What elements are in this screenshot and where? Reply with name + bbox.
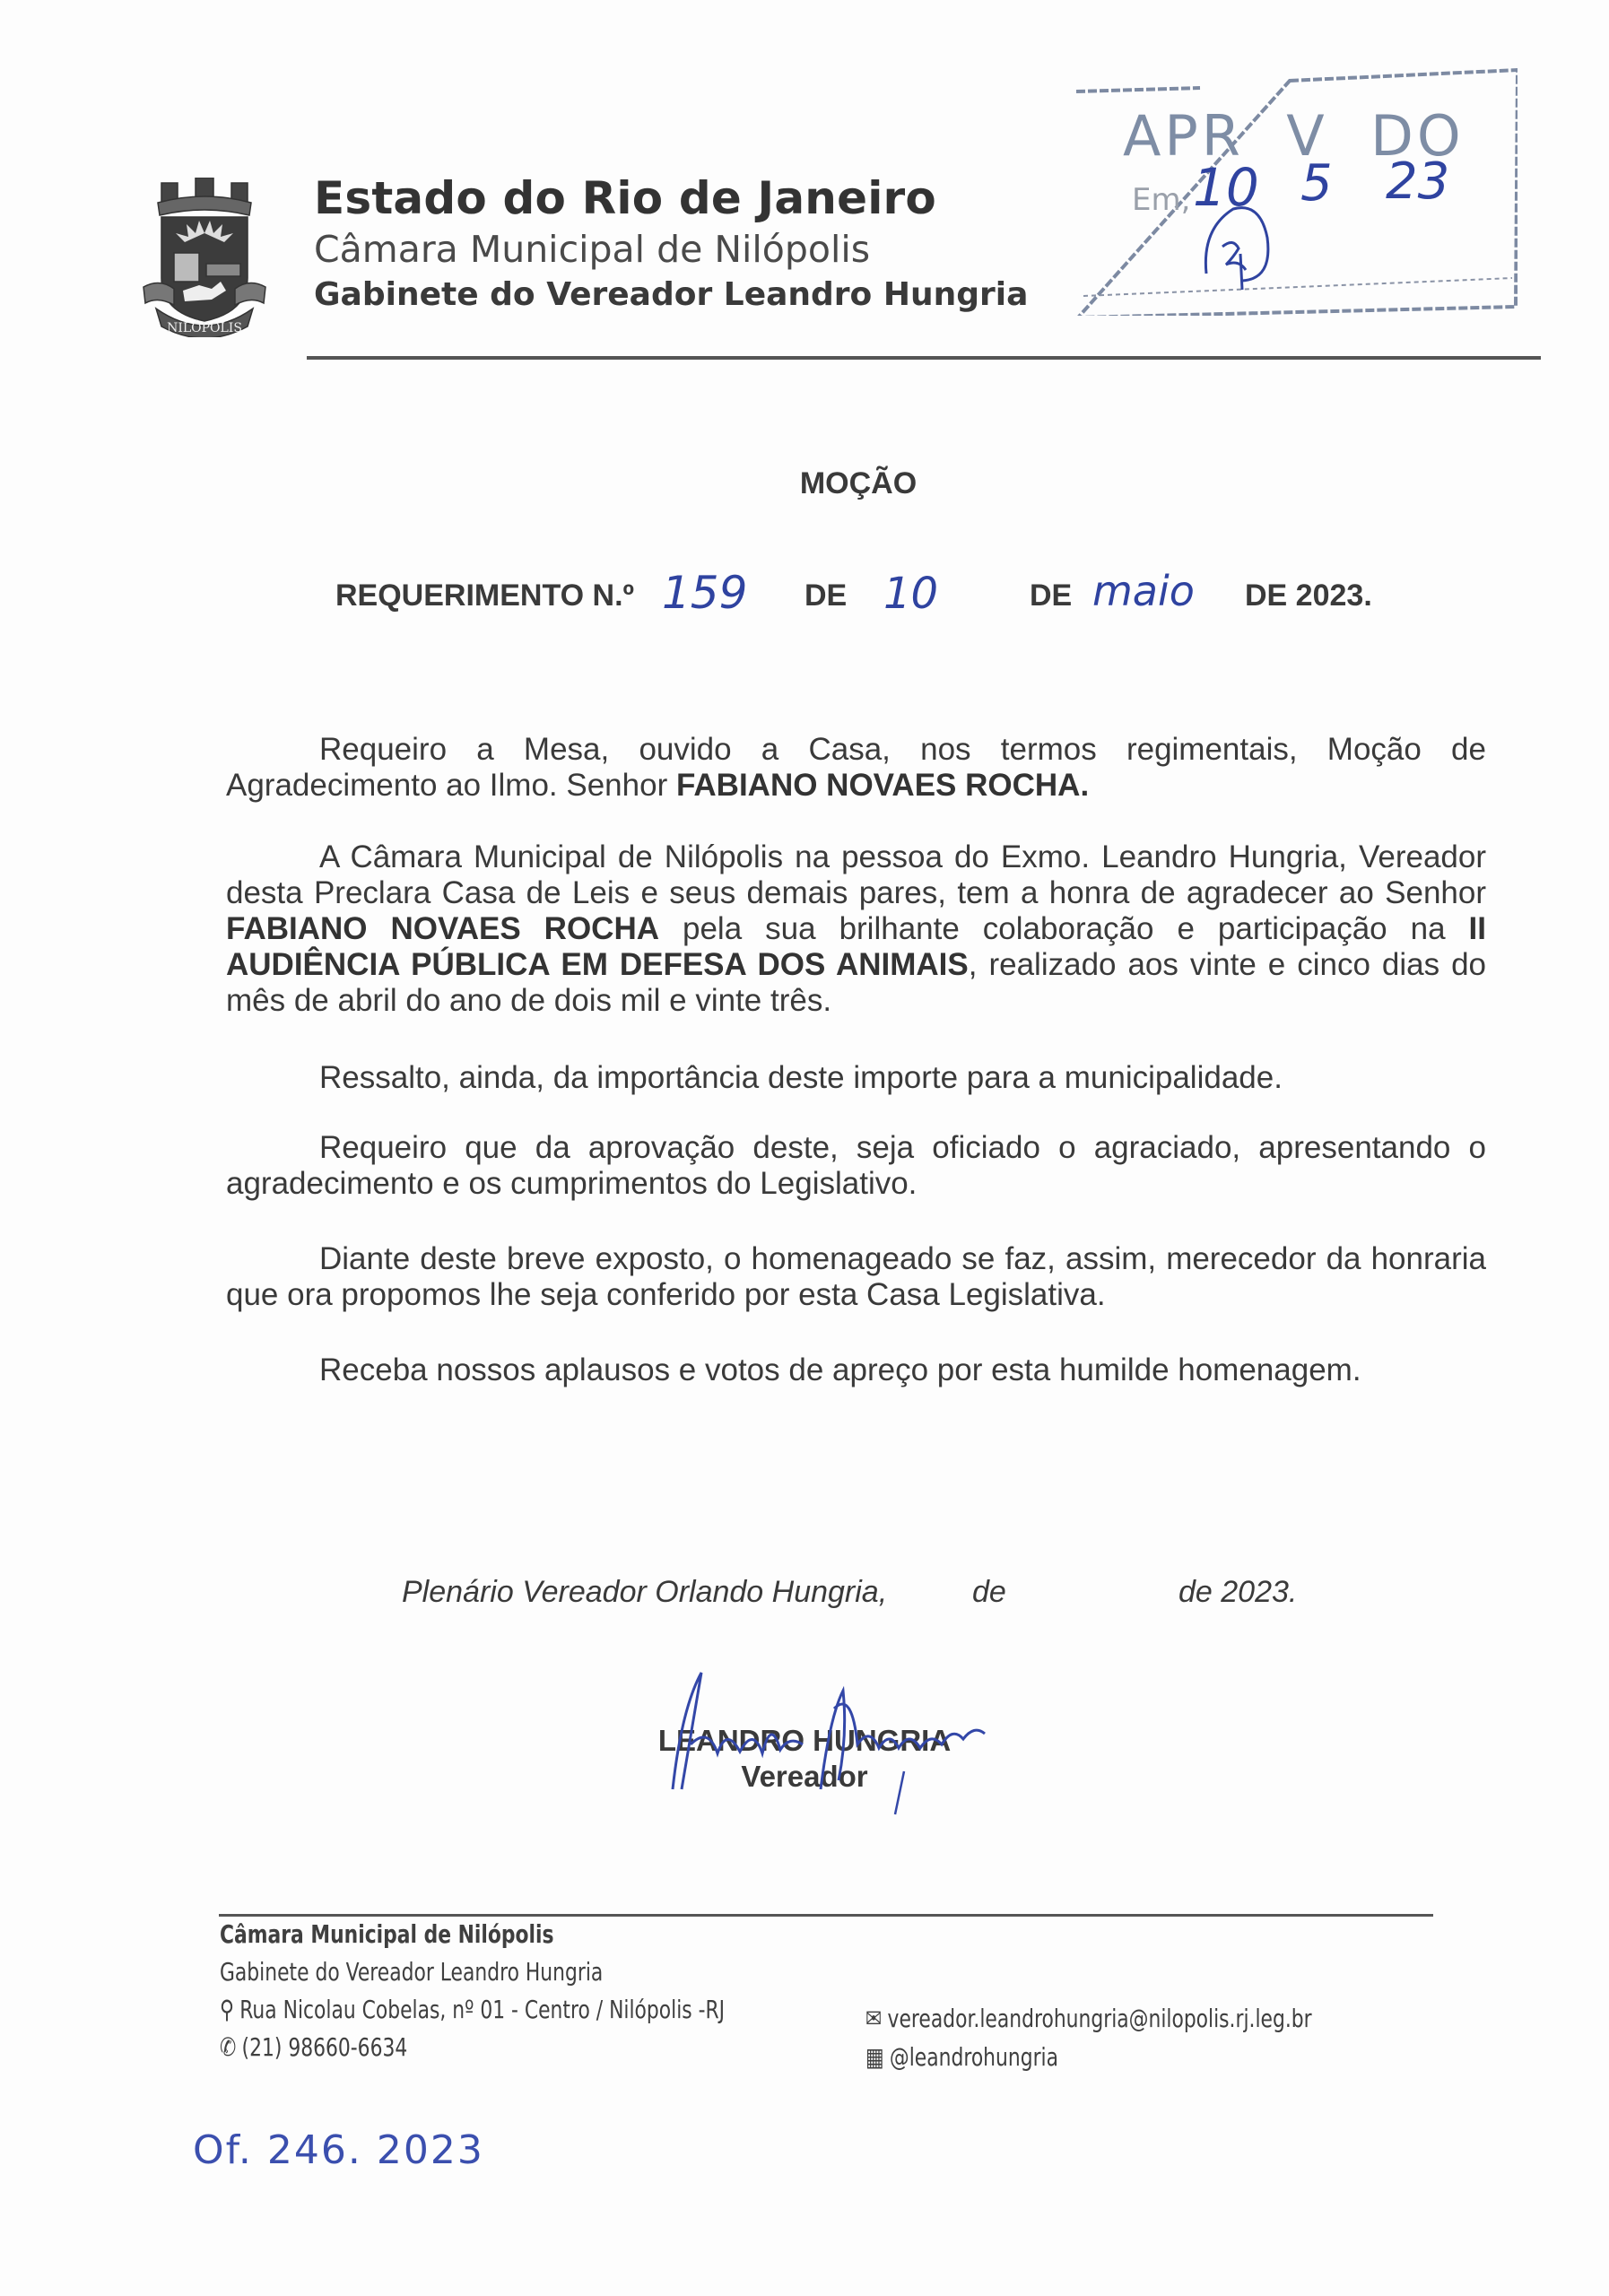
- place-text: Plenário Vereador Orlando Hungria,: [402, 1575, 887, 1610]
- place-year: de 2023.: [1178, 1575, 1297, 1610]
- paragraph-4: Requeiro que da aprovação deste, seja of…: [226, 1130, 1486, 1202]
- header-office: Gabinete do Vereador Leandro Hungria: [314, 276, 1028, 313]
- svg-text:NILÓPOLIS: NILÓPOLIS: [167, 319, 242, 335]
- header-divider: [307, 356, 1541, 360]
- footer-address-row: ⚲Rua Nicolau Cobelas, nº 01 - Centro / N…: [220, 1995, 725, 2024]
- requirement-prefix: REQUERIMENTO N.º: [335, 578, 634, 613]
- text-run: Receba nossos aplausos e votos de apreço…: [319, 1352, 1361, 1387]
- text-run: Requeiro que da aprovação deste, seja of…: [226, 1130, 1486, 1201]
- paragraph-text: A Câmara Municipal de Nilópolis na pesso…: [226, 839, 1486, 1019]
- requirement-de-1: DE: [804, 578, 847, 613]
- footer-address: Rua Nicolau Cobelas, nº 01 - Centro / Ni…: [239, 1995, 725, 2024]
- requirement-year: DE 2023.: [1245, 578, 1372, 613]
- paragraph-text: Diante deste breve exposto, o homenagead…: [226, 1241, 1486, 1313]
- document-page: NILÓPOLIS Estado do Rio de Janeiro Câmar…: [0, 0, 1609, 2296]
- stamp-em-label: Em,: [1132, 182, 1190, 218]
- stamp-month: 5: [1300, 154, 1333, 213]
- requirement-number: 159: [662, 567, 747, 619]
- text-run: Ressalto, ainda, da importância deste im…: [319, 1060, 1283, 1095]
- bold-run: FABIANO NOVAES ROCHA: [226, 911, 659, 946]
- requirement-de-2: DE: [1030, 578, 1072, 613]
- text-run: Diante deste breve exposto, o homenagead…: [226, 1241, 1486, 1312]
- header-state: Estado do Rio de Janeiro: [314, 172, 936, 224]
- paragraph-3: Ressalto, ainda, da importância deste im…: [226, 1060, 1486, 1096]
- text-run: pela sua brilhante colaboração e partici…: [659, 911, 1469, 946]
- handwritten-signature: [655, 1655, 1031, 1816]
- bold-run: FABIANO NOVAES ROCHA.: [676, 768, 1089, 803]
- requirement-day: 10: [883, 569, 938, 619]
- paragraph-text: Ressalto, ainda, da importância deste im…: [226, 1060, 1486, 1096]
- coat-of-arms-icon: NILÓPOLIS: [142, 178, 267, 337]
- document-type: MOÇÃO: [0, 466, 1609, 501]
- place-de: de: [972, 1575, 1006, 1610]
- footer-phone[interactable]: (21) 98660-6634: [242, 2032, 408, 2062]
- footer-email[interactable]: vereador.leandrohungria@nilopolis.rj.leg…: [888, 2004, 1312, 2033]
- stamp-initials-scribble: [1197, 193, 1278, 291]
- stamp-year: 23: [1386, 152, 1449, 211]
- envelope-icon: ✉: [865, 2004, 882, 2033]
- pushpin-icon: ⚲: [220, 1995, 234, 2024]
- paragraph-6: Receba nossos aplausos e votos de apreço…: [226, 1352, 1486, 1388]
- paragraph-1: Requeiro a Mesa, ouvido a Casa, nos term…: [226, 732, 1486, 804]
- handwritten-protocol-number: Of. 246. 2023: [193, 2127, 484, 2173]
- footer-divider: [219, 1914, 1433, 1917]
- header-chamber: Câmara Municipal de Nilópolis: [314, 228, 870, 271]
- paragraph-2: A Câmara Municipal de Nilópolis na pesso…: [226, 839, 1486, 1019]
- paragraph-text: Requeiro a Mesa, ouvido a Casa, nos term…: [226, 732, 1486, 804]
- paragraph-text: Receba nossos aplausos e votos de apreço…: [226, 1352, 1486, 1388]
- requirement-month: maio: [1092, 567, 1195, 615]
- phone-icon: ✆: [220, 2032, 236, 2062]
- social-media-icon: ▦: [865, 2042, 884, 2072]
- paragraph-5: Diante deste breve exposto, o homenagead…: [226, 1241, 1486, 1313]
- footer-chamber: Câmara Municipal de Nilópolis: [220, 1919, 553, 1949]
- footer-office: Gabinete do Vereador Leandro Hungria: [220, 1957, 603, 1987]
- text-run: A Câmara Municipal de Nilópolis na pesso…: [226, 839, 1486, 910]
- footer-social-row: ▦@leandrohungria: [865, 2042, 1058, 2072]
- paragraph-text: Requeiro que da aprovação deste, seja of…: [226, 1130, 1486, 1202]
- footer-email-row: ✉vereador.leandrohungria@nilopolis.rj.le…: [865, 2004, 1312, 2033]
- footer-social[interactable]: @leandrohungria: [890, 2042, 1058, 2072]
- footer-phone-row: ✆(21) 98660-6634: [220, 2032, 407, 2062]
